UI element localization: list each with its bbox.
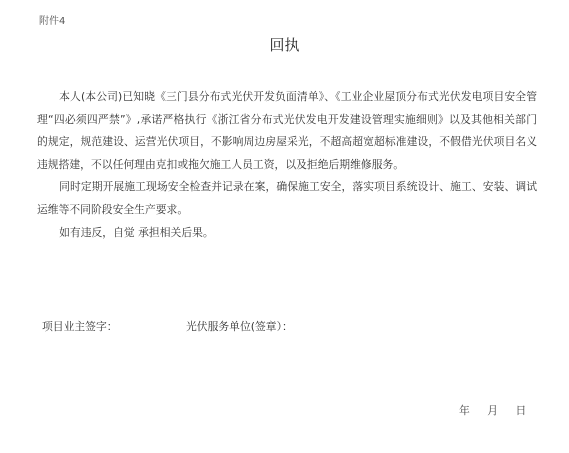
document-title: 回执 bbox=[0, 34, 569, 55]
paragraph-commitment: 本人(本公司)已知晓《三门县分布式光伏开发负面清单》、《工业企业屋顶分布式光伏发… bbox=[37, 86, 537, 176]
date-month: 月 bbox=[487, 403, 498, 418]
date-year: 年 bbox=[459, 403, 470, 418]
date-day: 日 bbox=[515, 403, 526, 418]
paragraph-safety: 同时定期开展施工现场安全检查并记录在案，确保施工安全，落实项目系统设计、施工、安… bbox=[37, 176, 537, 221]
attachment-label: 附件4 bbox=[39, 12, 65, 27]
date-line: 年 月 日 bbox=[459, 403, 540, 418]
paragraph-violation: 如有违反，自觉 承担相关后果。 bbox=[37, 222, 537, 245]
owner-signature-label: 项目业主签字： bbox=[42, 319, 118, 334]
document-body: 本人(本公司)已知晓《三门县分布式光伏开发负面清单》、《工业企业屋顶分布式光伏发… bbox=[37, 86, 537, 244]
service-unit-signature-label: 光伏服务单位(签章）： bbox=[186, 319, 293, 334]
